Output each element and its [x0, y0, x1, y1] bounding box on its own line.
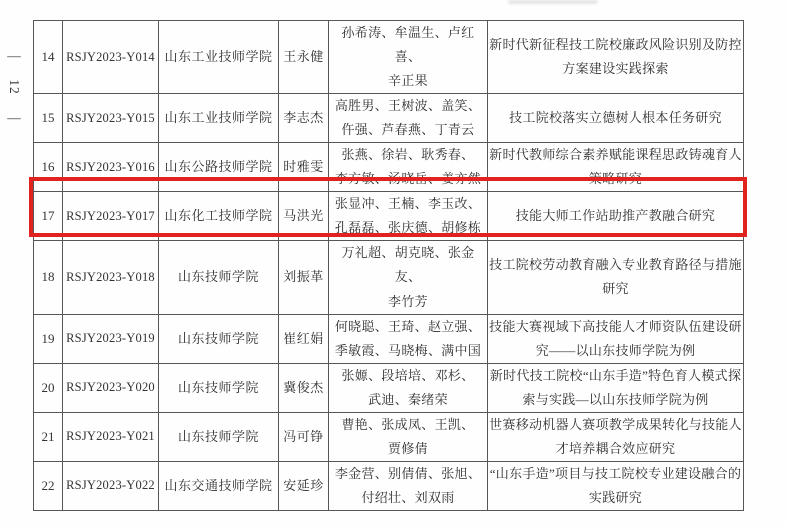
project-id-cell: RSJY2023-Y020: [63, 363, 159, 412]
institution-cell: 山东公路技师学院: [159, 143, 279, 192]
table-row: 16 RSJY2023-Y016 山东公路技师学院 时雅雯 张燕、徐岩、耿秀春、…: [34, 143, 744, 192]
row-number-cell: 20: [34, 363, 63, 412]
project-title-cell: 新时代教师综合素养赋能课程思政铸魂育人策略研究: [488, 143, 744, 192]
table-row: 19 RSJY2023-Y019 山东技师学院 崔红娟 何晓聪、王琦、赵立强、 …: [34, 314, 744, 363]
members-cell: 万礼超、胡克晓、张金友、 李竹芳: [329, 241, 488, 314]
institution-cell: 山东化工技师学院: [159, 192, 279, 241]
project-id-cell: RSJY2023-Y017: [63, 192, 159, 241]
row-number-cell: 21: [34, 412, 63, 461]
project-id-cell: RSJY2023-Y019: [63, 314, 159, 363]
table-row: 18 RSJY2023-Y018 山东技师学院 刘振革 万礼超、胡克晓、张金友、…: [34, 241, 744, 314]
scan-artifact: [508, 0, 598, 4]
page-number: — 12 —: [0, 52, 28, 122]
project-id-cell: RSJY2023-Y018: [63, 241, 159, 314]
project-title-cell: 新时代技工院校“山东手造”特色育人模式探索与实践—以山东技师学院为例: [488, 363, 744, 412]
project-approval-table: 14 RSJY2023-Y014 山东工业技师学院 王永健 孙希涛、牟温生、卢红…: [33, 20, 744, 511]
members-cell: 张嫄、段培培、邓杉、 武迪、秦绪荣: [329, 363, 488, 412]
table-row: 15 RSJY2023-Y015 山东工业技师学院 李志杰 高胜男、王树波、盖笑…: [34, 94, 744, 143]
page-number-dash-top: —: [7, 52, 21, 60]
row-number-cell: 17: [34, 192, 63, 241]
page-number-value: 12: [6, 79, 22, 95]
institution-cell: 山东技师学院: [159, 241, 279, 314]
row-number-cell: 15: [34, 94, 63, 143]
table-row: 22 RSJY2023-Y022 山东交通技师学院 安延珍 李金营、别倩倩、张旭…: [34, 461, 744, 510]
project-id-cell: RSJY2023-Y021: [63, 412, 159, 461]
table-row: 20 RSJY2023-Y020 山东技师学院 冀俊杰 张嫄、段培培、邓杉、 武…: [34, 363, 744, 412]
members-cell: 张显冲、王楠、李玉改、 孔磊磊、张庆德、胡修栋: [329, 192, 488, 241]
leader-name-cell: 马洪光: [279, 192, 329, 241]
project-id-cell: RSJY2023-Y015: [63, 94, 159, 143]
institution-cell: 山东技师学院: [159, 412, 279, 461]
row-number-cell: 14: [34, 21, 63, 94]
institution-cell: 山东工业技师学院: [159, 21, 279, 94]
members-cell: 孙希涛、牟温生、卢红喜、 辛正果: [329, 21, 488, 94]
project-title-cell: 世赛移动机器人赛项教学成果转化与技能人才培养耦合效应研究: [488, 412, 744, 461]
row-number-cell: 19: [34, 314, 63, 363]
project-title-cell: “山东手造”项目与技工院校专业建设融合的实践研究: [488, 461, 744, 510]
leader-name-cell: 冯可铮: [279, 412, 329, 461]
scanned-page: — 12 — 14 RSJY2023-Y014 山东工业技师学院 王永健 孙希涛…: [0, 0, 787, 526]
project-title-cell: 技工院校劳动教育融入专业教育路径与措施研究: [488, 241, 744, 314]
institution-cell: 山东交通技师学院: [159, 461, 279, 510]
institution-cell: 山东技师学院: [159, 363, 279, 412]
table-row: 14 RSJY2023-Y014 山东工业技师学院 王永健 孙希涛、牟温生、卢红…: [34, 21, 744, 94]
project-title-cell: 技工院校落实立德树人根本任务研究: [488, 94, 744, 143]
leader-name-cell: 李志杰: [279, 94, 329, 143]
members-cell: 张燕、徐岩、耿秀春、 李方敏、汤晓岳、姜亦然: [329, 143, 488, 192]
table-row: 17 RSJY2023-Y017 山东化工技师学院 马洪光 张显冲、王楠、李玉改…: [34, 192, 744, 241]
project-id-cell: RSJY2023-Y016: [63, 143, 159, 192]
project-table-body: 14 RSJY2023-Y014 山东工业技师学院 王永健 孙希涛、牟温生、卢红…: [34, 21, 744, 511]
leader-name-cell: 崔红娟: [279, 314, 329, 363]
members-cell: 曹艳、张成凤、王凯、 贾修倩: [329, 412, 488, 461]
members-cell: 李金营、别倩倩、张旭、 付绍壮、刘双雨: [329, 461, 488, 510]
project-id-cell: RSJY2023-Y014: [63, 21, 159, 94]
row-number-cell: 22: [34, 461, 63, 510]
members-cell: 高胜男、王树波、盖笑、 仵强、芦春燕、丁青云: [329, 94, 488, 143]
project-title-cell: 新时代新征程技工院校廉政风险识别及防控方案建设实践探索: [488, 21, 744, 94]
leader-name-cell: 冀俊杰: [279, 363, 329, 412]
leader-name-cell: 刘振革: [279, 241, 329, 314]
page-number-dash-bottom: —: [7, 114, 21, 122]
project-id-cell: RSJY2023-Y022: [63, 461, 159, 510]
institution-cell: 山东技师学院: [159, 314, 279, 363]
members-cell: 何晓聪、王琦、赵立强、 季敏霞、马晓梅、满中国: [329, 314, 488, 363]
leader-name-cell: 安延珍: [279, 461, 329, 510]
row-number-cell: 16: [34, 143, 63, 192]
row-number-cell: 18: [34, 241, 63, 314]
table-row: 21 RSJY2023-Y021 山东技师学院 冯可铮 曹艳、张成凤、王凯、 贾…: [34, 412, 744, 461]
leader-name-cell: 时雅雯: [279, 143, 329, 192]
institution-cell: 山东工业技师学院: [159, 94, 279, 143]
leader-name-cell: 王永健: [279, 21, 329, 94]
project-title-cell: 技能大赛视域下高技能人才师资队伍建设研究——以山东技师学院为例: [488, 314, 744, 363]
project-title-cell: 技能大师工作站助推产教融合研究: [488, 192, 744, 241]
